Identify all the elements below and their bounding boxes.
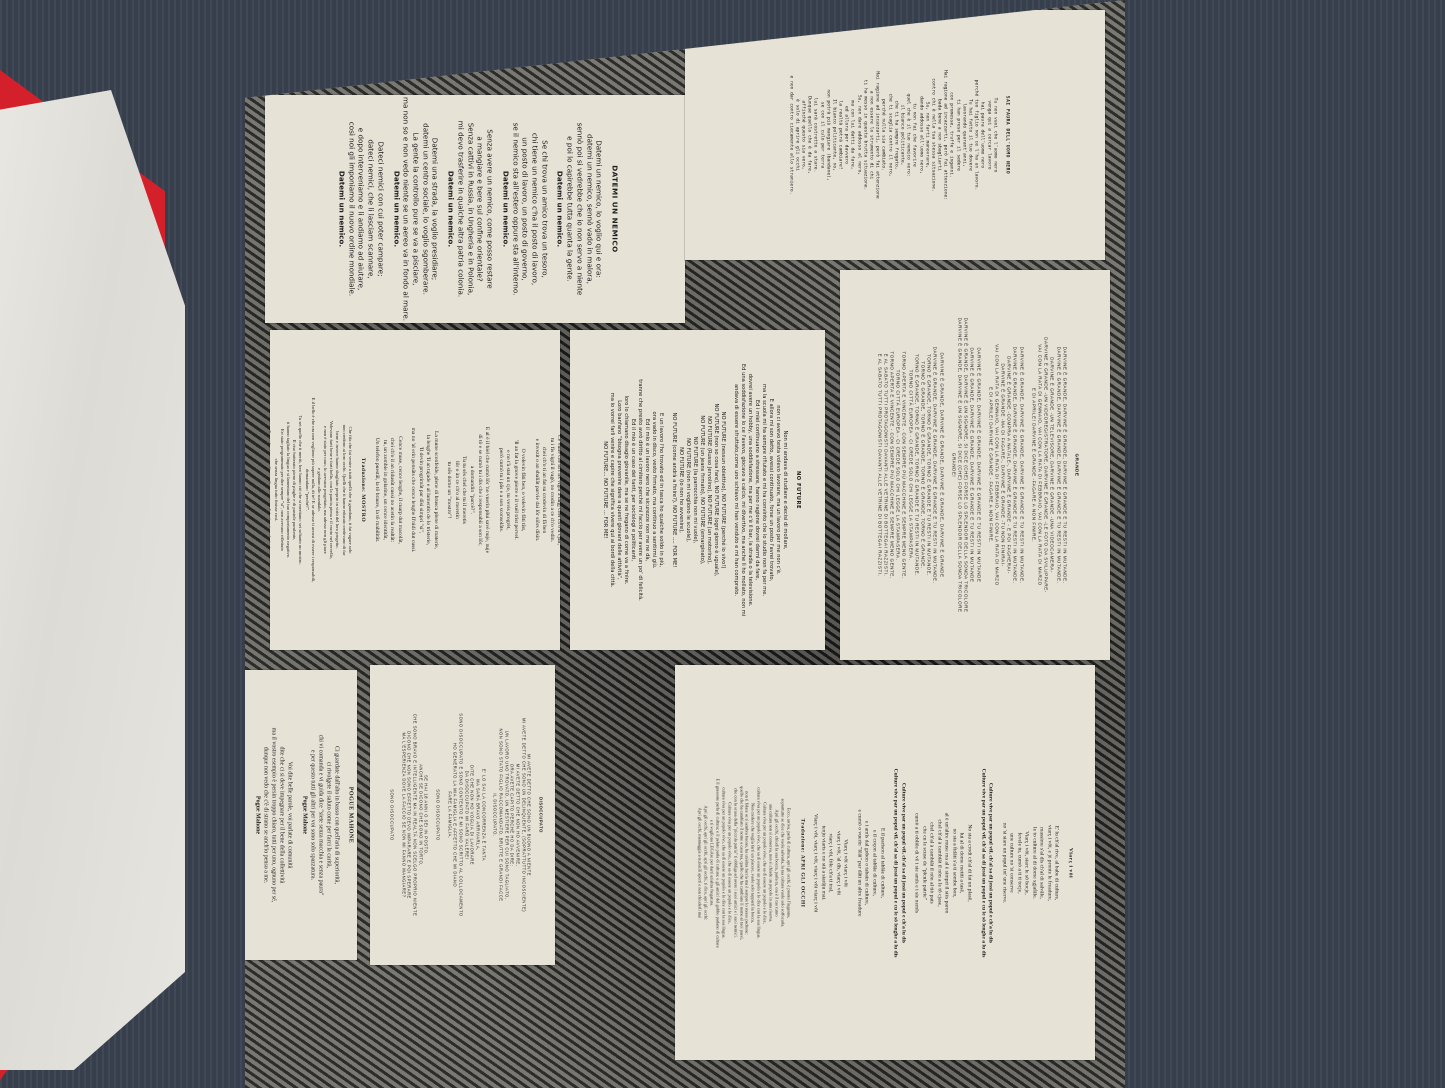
song-title: GRANDE: [1074, 318, 1080, 613]
lyric-line: la lenghe 'Il an tajade e al lamentin de…: [424, 398, 432, 583]
song-pogue-mahone: POGUE MAHONE Ci guardate dall'alto in ba…: [247, 728, 354, 903]
lyric-line: Dunque quello che è da fare,: [805, 70, 811, 200]
lyric-line: DICONO CHE NON SONO EFFETTO DEVO IMPARAR…: [405, 713, 411, 916]
lyric-line: il bianco politicante,: [898, 70, 904, 200]
lyric-line: E DI APRILE! DARVINE È GRANDE -FAGARE A …: [1030, 318, 1036, 613]
translation-line: Cultura viva per un popolo vivo, che sa …: [762, 768, 768, 957]
lyric-line: dunque non vedo che c'è di strano se anc…: [262, 728, 270, 903]
lyric-line: non potrà più mangiare (bandane),: [824, 70, 830, 200]
lyric-line: 'Il devin progrimât par dîsi simpri "sì"…: [416, 398, 424, 583]
lyric-line: ORA AVETE CAPITO PERCHÈ HO DA DIRE:: [509, 713, 515, 916]
song-title: NO FUTURE: [794, 364, 801, 616]
lyric-line: viarç i vôi, 'al dîs, viarç i vôi: [834, 768, 842, 957]
lyric-line: lui al di dome metiti a tasê,: [957, 768, 965, 957]
lyric-line: HO GENERATO LA MIA FAMIGLIA E AFFETTO CH…: [451, 713, 457, 916]
lyric-line: Datemi una strada, la voglio presidiare;: [430, 97, 440, 321]
stanza: E' lu ch'al rive, al babe di culture,via…: [1000, 768, 1060, 957]
lyric-line: Ed una soddisfazione lo ce l'avevo, gioc…: [739, 364, 746, 616]
lyric-line: chei ch'o ti an fat su crodevin di fâ be…: [540, 398, 548, 583]
stanza: Culture vive par un popul vîf, ch'al sa …: [891, 768, 906, 957]
lyric-line: SONO DISOCCUPATO E SONO CONTENTO E MI SO…: [457, 713, 463, 916]
translation-line: Che fifa che fai venire a tutti quelli c…: [347, 398, 353, 583]
lyric-line: No sta a crodi ch'al di fat un plasê,: [965, 768, 973, 957]
lyric-line: Culture vive par un popul vîf, ch'al sa …: [891, 768, 899, 957]
lyric-line: non ci avevo testa volevo lavorare, ma u…: [774, 364, 781, 616]
lyric-line: Culture vive par un popul vîf, ch'al sa …: [899, 768, 907, 957]
stanza: Cence muse, cence lenghe, il cuarp dut m…: [372, 398, 402, 583]
lyric-line: DARVINE È GRANDE, DARVINE È GRANDE, DARV…: [938, 318, 944, 613]
lyric-line: Senza cattivi in Russia, in Ungheria e i…: [465, 97, 475, 321]
lyric-line: DARVINE È GRANDE, DARVINE È GRANDE, DARV…: [1012, 318, 1018, 613]
lyric-line: chel ch'al à cambiât il nòn a le tô cjas…: [935, 768, 943, 957]
lyric-line: contro chi è nella tua stessa situazione…: [929, 70, 935, 200]
translation-line: soprattutto se dice che vuole salvarla, …: [780, 768, 786, 957]
lyric-line: E AL SABATO TUTTI PROTAGONISTI DAVANTI A…: [876, 318, 882, 613]
lyric-line: che ti scaglia contro il nero,: [886, 70, 892, 200]
lyric-line: Pogue Mahone: [300, 728, 308, 903]
lyric-line: TORNO APERTA E VINCENTE - CON SEMPRE PIÙ…: [889, 318, 895, 613]
lyric-line: Datemi un nemico.: [337, 97, 347, 321]
lyric-line: viarç i vôi, e jè pronte le freadure,: [1045, 768, 1053, 957]
translation-line: e ti vogliono LEGAre per darti un'altra …: [708, 768, 714, 957]
lyric-line: di tò e se cumò tu i dis che i responsab…: [475, 398, 483, 583]
lyric-line: Cence muse, cence lenghe, il cuarp dut m…: [395, 398, 403, 583]
stanza: SE HAI 18 ANNI O SEI IN POSTO,ANCHE SE D…: [400, 713, 428, 916]
stanza: MI AVETE DETTO CHE SONO UN BUONO A NIENT…: [492, 713, 532, 916]
stanza: DARVINE È GRANDE, DARVINE È GRANDE, DARV…: [987, 318, 1024, 613]
lyric-line: MI AVETE DETTO CHE SONO UN DELINQUENTE, …: [520, 713, 526, 916]
lyric-line: E' lu ch'al rive, al babe di culture,: [1052, 768, 1060, 957]
lyric-line: tu sês dome un "mostro"!: [445, 398, 453, 583]
lyric-line: e per questo tutti gli altri per voi son…: [308, 728, 316, 903]
lyric-line: E al è il biel che cumò lôr 'no vuerin p…: [483, 398, 491, 583]
lyric-line: che ti ha sempre fregato,: [892, 70, 898, 200]
lyric-line: le to culture al di dome sgjafâle.: [1030, 768, 1038, 957]
translation-line: quello che ha cambiato il nome a casa tu…: [738, 768, 744, 957]
lyric-line: une culture no 'si conserve: [1007, 768, 1015, 957]
lyric-line: DARVINE È GRANDE, DARVINE È UN SIGNORE, …: [963, 318, 969, 613]
lyric-line: TORNO APERTA E VINCENTE - CON SEMPRE PIÙ…: [901, 318, 907, 613]
lyric-line: così noi gli imponiamo il nuovo ordine m…: [346, 97, 356, 321]
lyric-line: Ed il mio è un lavoro nero che sicurezze…: [642, 364, 649, 616]
lyric-line: DARVINE È GRANDE, DARVINE È GRANDE, DARV…: [975, 318, 981, 613]
lyric-line: ma no 'al erin pensâts che cence lenghe …: [409, 398, 417, 583]
lyric-line: Il bianco politicante, no,: [830, 70, 836, 200]
lyric-line: NON SONO STATO FIGLIO RACCOMANDATO, BRUT…: [497, 713, 503, 916]
lyric-line: tu non fai che favorire: [910, 70, 916, 200]
lyric-line: DITE CHE NON HO VOGLIA DI LAVORARE: [469, 713, 475, 916]
lyric-line: dando addosso all'uomo nero,: [917, 70, 923, 200]
lyric-line: SONO DISOCCUPATO: [434, 713, 440, 916]
song-title: DISOCCUPATO: [537, 713, 543, 916]
song-title: DATEMI UN NEMICO: [610, 97, 620, 321]
lyric-line: Su, non dare addosso al nero,: [855, 70, 861, 200]
lyric-line: DA DISOCCUPATO MI FARÒ VALERE!: [463, 713, 469, 916]
lyric-line: ma il vostro esempio è persin troppo chi…: [270, 728, 278, 903]
lyric-line: NO FUTURE (come andrà a finire?). NO FUT…: [669, 364, 676, 616]
lyric-line: Datemi un nemico.: [391, 97, 401, 321]
stanza: Culture vive par un popul vîf, ch'al sa …: [978, 768, 993, 957]
stanza: Viarç i vôi viarç i vôiviarç i vôi, 'al …: [811, 768, 849, 957]
lyric-line: DARVINE È GRANDE, DARVINE È GRANDE, DARV…: [1055, 318, 1061, 613]
lyric-line: ed allora per davvero: [842, 70, 848, 200]
lyric-line: ma con lui datti da fare,: [849, 70, 855, 200]
stanza: SONO DISOCCUPATO: [434, 713, 440, 916]
translation-line: Apri gli occhi, mannaggia a te,tienili a…: [697, 768, 703, 957]
lyric-line: Viarç i vôi, viarç i vôi, viarç i vôi vi…: [811, 768, 819, 957]
lyric-line: MA SARÀ BRAVO ARRIVARLA,: [474, 713, 480, 916]
song-title: POGUE MAHONE: [346, 728, 354, 903]
stanza: E un lavoro l'ho trovato ed in tasca ho …: [600, 364, 663, 616]
lyric-line: TORNO È GRANDE, TORNO È GRANDE, TORNO È …: [920, 318, 926, 613]
lyric-line: DARVINE È GRANDE, DARVINE È GRANDE, DARV…: [1061, 318, 1067, 613]
stanza: DARVINE È GRANDE, DARVINE È GRANDE, DARV…: [1030, 318, 1067, 613]
lyric-line: E DI APRILE! DARVINE È GRANDE - FAGARE A…: [987, 318, 993, 613]
stanza: Non mi andava di studiare e decisi di mo…: [732, 364, 788, 616]
lyric-line: MA L'ESPERIENZA DOVE LA FACCIO SE NON MI…: [400, 713, 406, 916]
stanza: Tu non vuoi che l'uomo nerovenga qui a c…: [787, 70, 997, 200]
lyric-line: dite che ci si deve impegnare per il ben…: [278, 728, 286, 903]
stanza: E al è il biel che cumò lôr 'no vuerin p…: [445, 398, 490, 583]
lyric-line: SONO DISOCCUPATO: [388, 713, 394, 916]
translation-line: Apri gli occhi, chiudi la sua bocca, par…: [774, 768, 780, 957]
translation-title: Traduzione: MOSTRO: [359, 398, 367, 583]
lyrics-insert: DATEMI UN NEMICO Datemi un nemico, lo vo…: [245, 0, 1125, 1088]
lyric-line: GRANDE!: [950, 318, 956, 613]
lyric-line: DARVINE È GRANDE, DARVINE È UN SIGNORE, …: [957, 318, 963, 613]
lyric-line: NO FUTURE (un jeans firmato), NO FUTURE …: [698, 364, 705, 616]
stanza: E il paríson al tablâe di culture,e il c…: [855, 768, 885, 957]
translation-line: cultura viva per un popolo vivo, che sa …: [756, 768, 762, 957]
lyric-line: SE HAI 18 ANNI O SEI IN POSTO,: [422, 713, 428, 916]
lyric-line: VAI CON LA RATA DI GENNAIO, VAI CON LA R…: [993, 318, 999, 613]
lyric-line: E il paríson al tablâe di culture,: [877, 768, 885, 957]
lyric-line: lui sarà costretto a stare.: [811, 70, 817, 200]
lyric-line: UN LAVORO UNO TROVATO, UN MESTIERE PER C…: [503, 713, 509, 916]
lyric-line: IL DISOCCUPATO.: [492, 713, 498, 916]
lyric-line: tranne che presto avrò diritto al cimite…: [635, 364, 642, 616]
translation-line: Tu sei quello che ti meriti, loro hanno …: [297, 398, 303, 583]
lyric-line: NO FUTURE (io non ho avvenire),: [676, 364, 683, 616]
lyric-line: Se chi trova un amico trova un tesoro,: [539, 97, 549, 321]
song-uomo-nero: SAI PAURA DELL'UOMO NERO Tu non vuoi che…: [781, 70, 1010, 200]
lyric-line: chei ch'o il an ridusût cussì no acetin …: [388, 398, 396, 583]
lyric-line: Datemi un nemico.: [500, 97, 510, 321]
stanza: Ci guardate dall'alto in basso con quell…: [300, 728, 340, 903]
lyric-line: tenju viarts e no stâ a siarâju mai.: [819, 768, 827, 957]
lyric-line: Ed i miei continuano a stressare, hanno …: [753, 364, 760, 616]
stanza: DARVINE È GRANDE, DARVINE È GRANDE, DARV…: [876, 318, 944, 613]
lyric-line: andava di essere sfruttato,come uno schi…: [732, 364, 739, 616]
translation-title: Traduzione: APRI GLI OCCHI: [798, 768, 806, 957]
lyric-line: ci rivolgete il saluto come per farci la…: [324, 728, 332, 903]
translation-line: Cultura viva per un popolo vivo, che sa …: [726, 768, 732, 957]
lyric-line: Ce vuile che tu i fis vignt a dugj chei …: [555, 398, 560, 583]
translation-line: una cultura non si conserva, non si chiu…: [768, 768, 774, 957]
lyric-line: MI AVETE DETTO CHE SONO UN BUONO A NIENT…: [526, 713, 532, 916]
lyric-line: e poi lo capirebbe tutta quanta la gente…: [565, 97, 575, 321]
lyric-line: lavorando quarant'anni,: [960, 70, 966, 200]
stanza: O volevin fâti ben, o volevin fâti tîst,…: [496, 398, 526, 583]
lyric-line: cumò a ti obliêe di vê i sie amîs e i si…: [912, 768, 920, 957]
lyric-line: e dopo interveniamo e li andiamo ad aiut…: [356, 97, 366, 321]
lyric-line: FARE LA FAMIGLIA.: [446, 713, 452, 916]
panel-mostro: MOSTRO Ce vuile che tu i fis vignt a dug…: [270, 330, 560, 650]
lyric-line: Ed il mio è un caso dei tanti, per socio…: [628, 364, 635, 616]
stanza: Ce vuile che tu i fis vignt a dugj chei …: [532, 398, 560, 583]
lyric-line: e il coçon al tablâe di culture,: [870, 768, 878, 957]
song-grande: GRANDE DARVINE È GRANDE, DARVINE È GRAND…: [870, 318, 1079, 613]
song-title: Viarç i vôi: [1066, 768, 1074, 957]
lyric-line: DARVINE È GRANDE -UN TELEVISORE, DARVINE…: [1049, 318, 1055, 613]
stanza: Datemi un nemico, lo voglio qui e ora:da…: [555, 97, 604, 321]
lyric-line: NO FUTURE (Russo Jervolino), NO FUTURE (…: [705, 364, 712, 616]
song-title: SAI PAURA DELL'UOMO NERO: [1003, 70, 1009, 200]
lyric-line: DARVINE È GRANDE -COMPRA A NATALE-, DARV…: [1006, 318, 1012, 613]
lyric-line: è solo di aprire gli occhi: [793, 70, 799, 200]
lyric-line: se con il culo per terra: [818, 70, 824, 200]
lyric-line: DARVINE È GRANDE, DARVINE È GRANDE, DARV…: [932, 318, 938, 613]
panel-disoccupato: DISOCCUPATO MI AVETE DETTO CHE SONO UN B…: [370, 665, 555, 965]
lyric-line: quel che è il tuo nemico vero:: [904, 70, 910, 200]
panel-uomo-nero: SAI PAURA DELL'UOMO NERO Tu non vuoi che…: [685, 10, 1105, 260]
lyric-line: loro lo chiamano disagio giovanile, ma s…: [621, 364, 628, 616]
lyric-line: Tu tu sês chel che tu il meretis: [460, 398, 468, 583]
lyric-line: chi vi comanda e vi guida dice "siete se…: [316, 728, 324, 903]
lyric-line: Su, non farti manovrare,: [923, 70, 929, 200]
panel-pogue-mahone: POGUE MAHONE Ci guardate dall'alto in ba…: [245, 670, 357, 960]
lyric-line: La mune sconfeide, plene di brusca plene…: [431, 398, 439, 583]
lyric-line: Senza avere un nemico, come posso restar…: [485, 97, 495, 321]
lyric-line: NO FUTURE (non mi vogliono le scuole),: [683, 364, 690, 616]
lyric-line: CHE SONO BRAVO E INTELLIGENTE MA IN REAL…: [411, 713, 417, 916]
lyric-line: ma non so e non vedo niente se un aereo …: [401, 97, 411, 321]
translation-line: non credono ai loro occhi. Quelli che ti…: [341, 398, 347, 583]
lyric-line: lôr o àn ce ch'o al meretin: [452, 398, 460, 583]
lyric-line: DARVINE È GRANDE, DARVINE È GRANDE, DARV…: [969, 318, 975, 613]
lyric-line: perché tuo figlio non ce l'ha un lavoro.: [972, 70, 978, 200]
lyric-line: Viarç i vôi viarç i vôi: [841, 768, 849, 957]
lyric-line: Tu non vuoi che l'uomo nero: [991, 70, 997, 200]
translation-line: Eri stato programmato per dire sempre "s…: [279, 398, 285, 583]
lyric-line: Un telefon puestâl, la tô braure, la tô …: [372, 398, 380, 583]
lyric-line: Non mi andava di studiare e decisi di mo…: [781, 364, 788, 616]
lyric-line: sennò poi si vedrebbe che io non servo a…: [574, 97, 584, 321]
stanza: Dateci nemici con cui poter campare;date…: [337, 97, 386, 321]
lyric-line: Viarç i vôi, siarc le sô bocje,: [1022, 768, 1030, 957]
lyric-line: DARVINE È GRANDE -UN VIDEOREGISTRATORE, …: [1043, 318, 1049, 613]
lyric-line: Datemi un nemico.: [446, 97, 456, 321]
translation-line: cultura viva per un popolo vivo, che sa …: [720, 768, 726, 957]
lyric-line: Ci guardate dall'alto in basso con quell…: [332, 728, 340, 903]
translation-line: che con la scusa della "piccola patria" …: [732, 768, 738, 957]
lyric-line: 'Il an fat la gnove pierre e il vuèl tri…: [511, 398, 519, 583]
song-viarc-i-voi: Viarç i vôi E' lu ch'al rive, al babe di…: [697, 768, 1074, 957]
translation-line: non ti fidare se ti sembra buono, ha un'…: [744, 768, 750, 957]
translation-line: e gridano allo scandalo.: [316, 398, 322, 583]
lyric-line: viarç i vôi, fòle ch'a ti tral,: [826, 768, 834, 957]
lyric-line: NO FUTURE... NO FUTURE ... FOR ME!: [600, 364, 607, 616]
panel-no-future: NO FUTURE Non mi andava di studiare e de…: [570, 330, 825, 650]
lyric-line: TORNO È GRANDE, TORNO È GRANDE, TORNO È …: [913, 318, 919, 613]
lyric-line: Voi dite belle parole, voi parlate di co…: [286, 728, 294, 903]
lyric-line: e no t'à stat un cjo, tu vevis progrèt,: [504, 398, 512, 583]
stanza: NO FUTURE (nessun obiettivo), NO FUTURE …: [669, 364, 725, 616]
lyric-line: a domandin "parcè?".: [468, 398, 476, 583]
translation-line: Volevano farti bene e farti bello, con l…: [328, 398, 334, 583]
lyric-line: massime s'al dîs ch'al di salvâle,: [1037, 768, 1045, 957]
lyric-line: e non dar contro ciecamente allo stranie…: [787, 70, 793, 200]
lyric-line: ora vado in disco, vesto firmato, ma con…: [649, 364, 656, 616]
translation-line: E il bello è che ora non vogliono più sa…: [310, 398, 316, 583]
lyric-line: Datemi un nemico.: [555, 97, 565, 321]
lyric-line: che cu le scuse de "pîcule patrie": [920, 768, 928, 957]
white-inner-sleeve: [0, 90, 185, 1070]
stanza: Senza avere un nemico, come posso restar…: [446, 97, 495, 321]
song-datemi-un-nemico: DATEMI UN NEMICO Datemi un nemico, lo vo…: [331, 97, 620, 321]
lyric-line: chel ch'al à cambiât il nòn al tiò país: [927, 768, 935, 957]
lyric-line: NO FUTURE (la parrocchia non mi vuole),: [690, 364, 697, 616]
stanza: Datemi una strada, la voglio presidiare;…: [391, 97, 440, 321]
lyric-line: mi devo trasferire in qualche altra patr…: [456, 97, 466, 321]
stanza: SONO DISOCCUPATO: [388, 713, 394, 916]
lyric-line: chi tiene un nemico c'ha il posto di lav…: [530, 97, 540, 321]
stanza: La mune sconfeide, plene di brusca plene…: [409, 398, 439, 583]
lyric-line: dovrei avere un hobby, una soddisfazione…: [746, 364, 753, 616]
lyric-line: O volevin fâti ben, o volevin fâti tîst,: [519, 398, 527, 583]
lyric-line: Culture vive par un popul vîf, ch'al sa …: [986, 768, 994, 957]
panel-grande: GRANDE DARVINE È GRANDE, DARVINE È GRAND…: [840, 270, 1110, 660]
translation-line: domandano "perché?".: [303, 398, 309, 583]
lyric-line: se il nemico sta all'estero oppure sta a…: [510, 97, 520, 321]
lyric-line: ma la scuola mi ha sempre rifiutato e mi…: [760, 364, 767, 616]
panel-datemi-un-nemico: DATEMI UN NEMICO Datemi un nemico, lo vo…: [265, 95, 685, 323]
lyric-line: datemi un nemico, sennò vado in malora,: [584, 97, 594, 321]
song-mostro: MOSTRO Ce vuile che tu i fis vignt a dug…: [270, 398, 560, 583]
lyric-line: venga qui a cercar lavoro: [985, 70, 991, 200]
lyric-line: datemi un centro sociale, lo voglio sgom…: [420, 97, 430, 321]
translation-line: che senza lingua tutto finisse così.: [273, 398, 279, 583]
panel-viarc-i-voi: Viarç i vôi E' lu ch'al rive, al babe di…: [675, 665, 1095, 1060]
lyric-line: e cumò o vuerin "lêâi" par dâti un altre…: [855, 768, 863, 957]
lyric-line: TORNO CITTÀ EUROPEA - CI CREDE SOLO CHI …: [907, 318, 913, 613]
lyric-line: Culture vive par un popul vîf, ch'al sa …: [978, 768, 986, 957]
translation-line: Ecco, arriva, parla di cultura, apri gli…: [786, 768, 792, 957]
lyric-line: affinché questo sia vero,: [799, 70, 805, 200]
lyric-line: ANCHE SE DICONO CHE SONO IN TORTO,: [417, 713, 423, 916]
lyric-line: NO FUTURE (non so cosa fare), NO FUTURE …: [712, 364, 719, 616]
lyric-line: NO FUTURE (nessun obiettivo), NO FUTURE …: [719, 364, 726, 616]
lyric-line: Hai ragione ad incazzarti, però fai atte…: [941, 70, 947, 200]
song-disoccupato: DISOCCUPATO MI AVETE DETTO CHE SONO UN B…: [382, 713, 543, 916]
lyric-line: E' LO SAI LA CONCORRENZA È TANTA: [480, 713, 486, 916]
lyric-line: E allora mi son detto, avessi continuato…: [767, 364, 774, 616]
translation-line: Apri gli occhi, apri gli occhi, apri gli…: [702, 768, 708, 957]
lyric-line: hai paura dell'uomo nero: [979, 70, 985, 200]
lyric-line: e i amîs dal gobon o tabain di culture,: [862, 768, 870, 957]
lyric-line: la realtà potrà cambiare!: [836, 70, 842, 200]
lyric-line: MI AVETE DETTO CHE NON HO AVVENIRE,: [514, 713, 520, 916]
lyric-line: però cumò tu i pâs e a son sconsolâts.: [496, 398, 504, 583]
lyric-line: Datemi un nemico, lo voglio qui e ora:: [594, 97, 604, 321]
lyric-line: E AL SABATO TUTTI PROTAGONISTI DAVANTI A…: [882, 318, 888, 613]
lyric-line: fevele tu, cumò a ti ti tocje,: [1015, 768, 1023, 957]
lyric-line: VAI CON LA RATA DI GENNAIO, VAI CON LA R…: [1037, 318, 1043, 613]
lyric-line: un posto di lavoro, un posto di governo,: [520, 97, 530, 321]
lyric-line: dateci nemici, che li lasciam scannare,: [366, 97, 376, 321]
stanza: DARVINE È GRANDE, DARVINE È GRANDE, DARV…: [950, 318, 981, 613]
stanza: No sta a crodi ch'al di fat un plasê,lui…: [912, 768, 972, 957]
lyric-line: al è un'altre muse ma al è simpri il stè…: [942, 768, 950, 957]
lyric-line: DARVINE È GRANDE, DARVINE È GRANDE, DARV…: [1018, 318, 1024, 613]
lyric-line: La gente la controllo pure se va a pisci…: [411, 97, 421, 321]
lyric-line: Dateci nemici con cui poter campare;: [376, 97, 386, 321]
lyric-line: Hai ragione ad incazzarti, però fai atte…: [873, 70, 879, 200]
lyric-line: a mangiare e bere sul confine orientale?: [475, 97, 485, 321]
lyric-line: Pogue Mahone: [253, 728, 261, 903]
translation-line: ti hanno tagliato la lingua e si lamenta…: [285, 398, 291, 583]
lyric-line: TORNO È GRANDE, TORNO È GRANDE, TORNO È …: [926, 318, 932, 613]
song-no-future: NO FUTURE Non mi andava di studiare e de…: [594, 364, 800, 616]
lyric-line: ma io vorrei farli venire e capire che s…: [607, 364, 614, 616]
translation-line: E il grassone parla di cultura; e il pel…: [714, 768, 720, 957]
lyric-line: no sta a fidâti s'a ti sombe bon,: [950, 768, 958, 957]
lyric-line: con promesse, truffe e inganni.: [948, 70, 954, 200]
lyric-line: no 'si siare un popul int' une riserve.: [1000, 768, 1008, 957]
stanza: Voi dite belle parole, voi parlate di co…: [253, 728, 293, 903]
lyric-line: perché nulla sia cambiato.: [880, 70, 886, 200]
lyric-line: Loro banfano "bisogna prevenire dare a q…: [614, 364, 621, 616]
lyric-line: e invezit o an sbaliât parvie dai lôr si…: [532, 398, 540, 583]
lyric-line: E un lavoro l'ho trovato ed in tasca ho …: [656, 364, 663, 616]
stanza: Se chi trova un amico trova un tesoro,ch…: [500, 97, 549, 321]
lyric-line: tu, un zombie in golarine, un cence iden…: [380, 398, 388, 583]
lyric-line: ti han preso per il sedere: [954, 70, 960, 200]
stanza: E' LO SAI LA CONCORRENZA È TANTAMA SARÀ …: [446, 713, 486, 916]
lyric-line: ti ha messo in questa brutta situazione.: [861, 70, 867, 200]
lyric-line: tu i fis vignî il vagò, no crodin a ce c…: [547, 398, 555, 583]
